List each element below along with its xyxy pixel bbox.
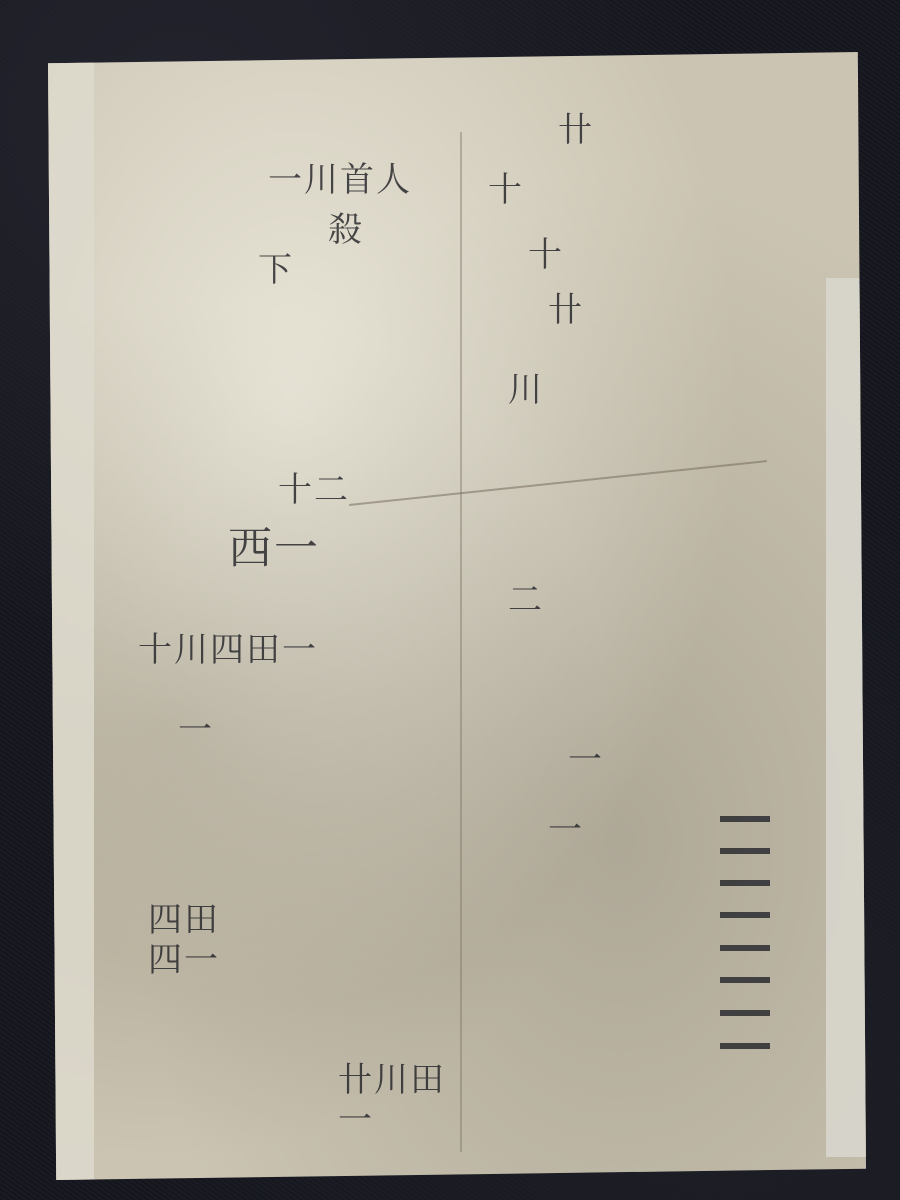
ink-mark: 十 (488, 162, 524, 211)
ink-mark: 下 (258, 242, 294, 291)
tally-mark (720, 977, 770, 983)
tally-mark (720, 912, 770, 918)
ink-mark: 卄 (548, 282, 584, 331)
ink-mark: 西一 (228, 512, 320, 576)
ink-mark: 殺 (328, 202, 364, 251)
ink-mark: 十二 (278, 462, 350, 511)
tally-mark (720, 1010, 770, 1016)
ink-mark: 十 (528, 227, 564, 276)
tally-mark (720, 945, 770, 951)
ink-mark: 一川首人 (268, 152, 412, 201)
ink-mark: 一 (568, 732, 604, 781)
paper-right-strip (826, 278, 866, 1158)
paper-crease (349, 460, 767, 506)
center-fold (460, 132, 462, 1152)
ink-mark: 川 (508, 362, 544, 411)
ink-mark: 卄 (558, 102, 594, 151)
ink-mark: 一 (548, 802, 584, 851)
ink-mark: 二 (508, 572, 544, 621)
tally-mark (720, 816, 770, 822)
ink-mark: 一 (338, 1092, 374, 1141)
tally-mark (720, 848, 770, 854)
ink-mark: 四一 (148, 932, 220, 981)
tally-mark (720, 1043, 770, 1049)
ink-mark: 十川四田一 (138, 622, 318, 671)
ink-mark: 一 (178, 702, 214, 751)
tally-mark (720, 880, 770, 886)
